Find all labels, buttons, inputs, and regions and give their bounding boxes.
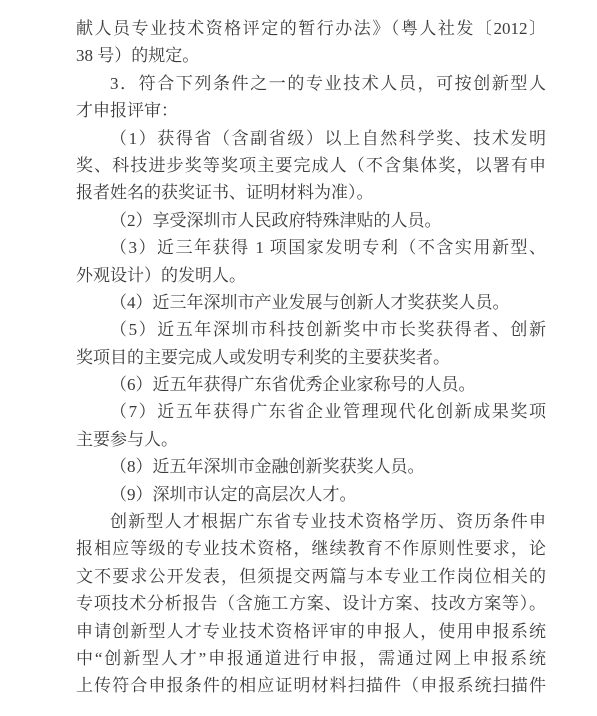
text-line: 报相应等级的专业技术资格，继续教育不作原则性要求，论 xyxy=(76,535,546,562)
text-line: 献人员专业技术资格评定的暂行办法》（粤人社发〔2012〕 xyxy=(76,15,546,42)
text-line: 38 号）的规定。 xyxy=(76,42,546,69)
text-line: （5）近五年深圳市科技创新奖中市长奖获得者、创新 xyxy=(76,316,546,343)
text-line: （2）享受深圳市人民政府特殊津贴的人员。 xyxy=(76,207,546,234)
text-line: （4）近三年深圳市产业发展与创新人才奖获奖人员。 xyxy=(76,289,546,316)
text-line: 报者姓名的获奖证书、证明材料为准）。 xyxy=(76,179,546,206)
text-line: （3）近三年获得 1 项国家发明专利（不含实用新型、 xyxy=(76,234,546,261)
text-line: 奖、科技进步奖等奖项主要完成人（不含集体奖，以署有申 xyxy=(76,152,546,179)
text-line: 专项技术分析报告（含施工方案、设计方案、技改方案等）。 xyxy=(76,590,546,617)
text-line: 奖项目的主要完成人或发明专利奖的主要获奖者。 xyxy=(76,344,546,371)
text-line: 申请创新型人才专业技术资格评审的申报人，使用申报系统 xyxy=(76,618,546,645)
text-line: 文不要求公开发表，但须提交两篇与本专业工作岗位相关的 xyxy=(76,563,546,590)
text-line: 外观设计）的发明人。 xyxy=(76,262,546,289)
document-page: 献人员专业技术资格评定的暂行办法》（粤人社发〔2012〕38 号）的规定。3．符… xyxy=(0,0,597,716)
document-lines: 献人员专业技术资格评定的暂行办法》（粤人社发〔2012〕38 号）的规定。3．符… xyxy=(76,15,546,700)
text-line: （7）近五年获得广东省企业管理现代化创新成果奖项 xyxy=(76,398,546,425)
text-line: 主要参与人。 xyxy=(76,426,546,453)
text-line: （6）近五年获得广东省优秀企业家称号的人员。 xyxy=(76,371,546,398)
text-line: 创新型人才根据广东省专业技术资格学历、资历条件申 xyxy=(76,508,546,535)
text-line: 才申报评审： xyxy=(76,97,546,124)
text-line: 上传符合申报条件的相应证明材料扫描件（申报系统扫描件 xyxy=(76,672,546,699)
text-line: 3．符合下列条件之一的专业技术人员，可按创新型人 xyxy=(76,70,546,97)
text-line: （9）深圳市认定的高层次人才。 xyxy=(76,481,546,508)
text-line: 中“创新型人才”申报通道进行申报，需通过网上申报系统 xyxy=(76,645,546,672)
text-line: （1）获得省（含副省级）以上自然科学奖、技术发明 xyxy=(76,125,546,152)
text-line: （8）近五年深圳市金融创新奖获奖人员。 xyxy=(76,453,546,480)
